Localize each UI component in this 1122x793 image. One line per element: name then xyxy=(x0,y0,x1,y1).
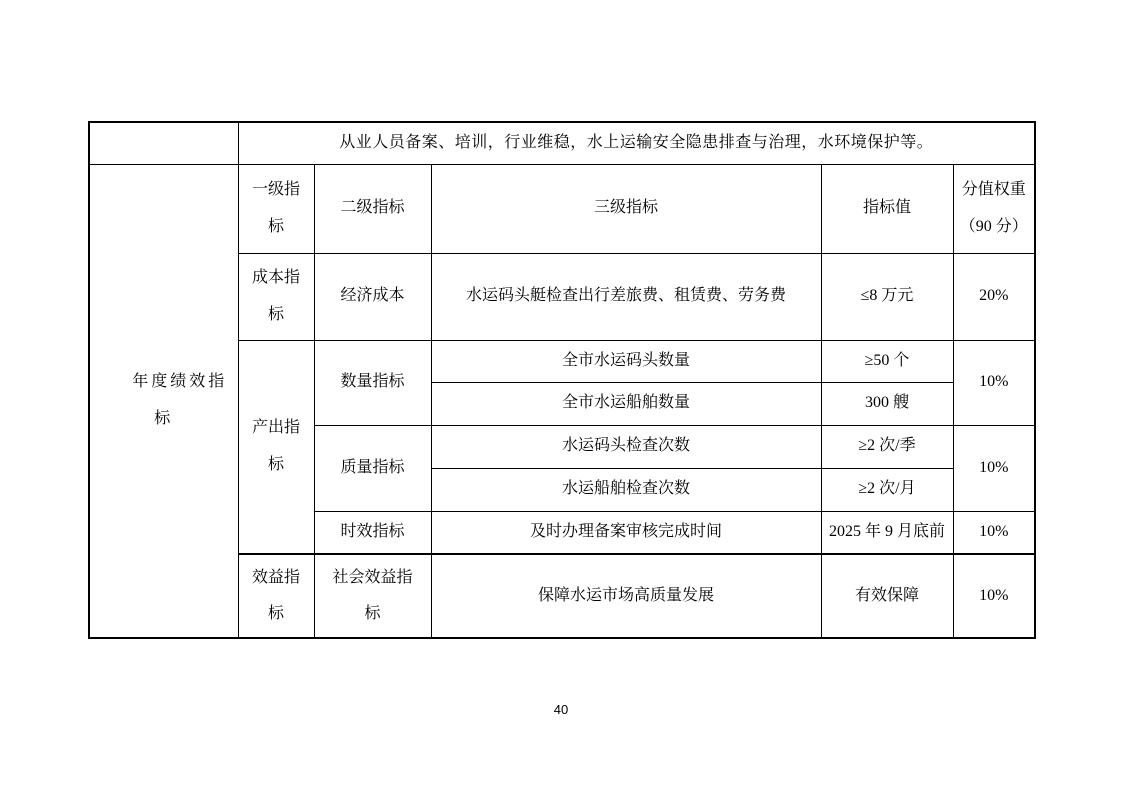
indicator-ship-inspections: 水运船舶检查次数 xyxy=(431,468,821,511)
level1-cost-indicator: 成本指 标 xyxy=(238,253,314,340)
indicator-wharf-inspections: 水运码头检查次数 xyxy=(431,425,821,468)
continuation-note-cell: 从业人员备案、培训，行业维稳，水上运输安全隐患排查与治理，水环境保护等。 xyxy=(238,122,1035,164)
side-header-annual-performance: 年度绩效指 标 xyxy=(89,164,238,638)
level1-output-indicator: 产出指 标 xyxy=(238,340,314,554)
header-score-weight: 分值权重 （90 分） xyxy=(953,164,1035,253)
level2-timeliness-indicator: 时效指标 xyxy=(314,511,431,554)
indicator-market-development: 保障水运市场高质量发展 xyxy=(431,554,821,638)
level2-quantity-indicator: 数量指标 xyxy=(314,340,431,425)
document-page: 从业人员备案、培训，行业维稳，水上运输安全隐患排查与治理，水环境保护等。 年度绩… xyxy=(0,0,1122,793)
page-number: 40 xyxy=(0,702,1122,717)
value-cost: ≤8 万元 xyxy=(821,253,953,340)
value-ship-count: 300 艘 xyxy=(821,382,953,425)
empty-corner-cell xyxy=(89,122,238,164)
indicator-cost-expenses: 水运码头艇检查出行差旅费、租赁费、劳务费 xyxy=(431,253,821,340)
header-level3-indicator: 三级指标 xyxy=(431,164,821,253)
value-market-development: 有效保障 xyxy=(821,554,953,638)
value-ship-inspections: ≥2 次/月 xyxy=(821,468,953,511)
table-row-note: 从业人员备案、培训，行业维稳，水上运输安全隐患排查与治理，水环境保护等。 xyxy=(89,122,1035,164)
performance-indicator-table: 从业人员备案、培训，行业维稳，水上运输安全隐患排查与治理，水环境保护等。 年度绩… xyxy=(88,121,1036,639)
weight-quantity: 10% xyxy=(953,340,1035,425)
header-level1-indicator: 一级指 标 xyxy=(238,164,314,253)
weight-benefit: 10% xyxy=(953,554,1035,638)
level1-benefit-indicator: 效益指 标 xyxy=(238,554,314,638)
header-level2-indicator: 二级指标 xyxy=(314,164,431,253)
indicator-filing-review-time: 及时办理备案审核完成时间 xyxy=(431,511,821,554)
indicator-ship-count: 全市水运船舶数量 xyxy=(431,382,821,425)
level2-quality-indicator: 质量指标 xyxy=(314,425,431,511)
weight-quality: 10% xyxy=(953,425,1035,511)
weight-cost: 20% xyxy=(953,253,1035,340)
weight-timeliness: 10% xyxy=(953,511,1035,554)
indicator-wharf-count: 全市水运码头数量 xyxy=(431,340,821,382)
value-wharf-count: ≥50 个 xyxy=(821,340,953,382)
level2-social-benefit-indicator: 社会效益指 标 xyxy=(314,554,431,638)
table-row-header: 年度绩效指 标 一级指 标 二级指标 三级指标 指标值 分值权重 （90 分） xyxy=(89,164,1035,253)
value-wharf-inspections: ≥2 次/季 xyxy=(821,425,953,468)
value-filing-review-time: 2025 年 9 月底前 xyxy=(821,511,953,554)
header-indicator-value: 指标值 xyxy=(821,164,953,253)
level2-economic-cost: 经济成本 xyxy=(314,253,431,340)
